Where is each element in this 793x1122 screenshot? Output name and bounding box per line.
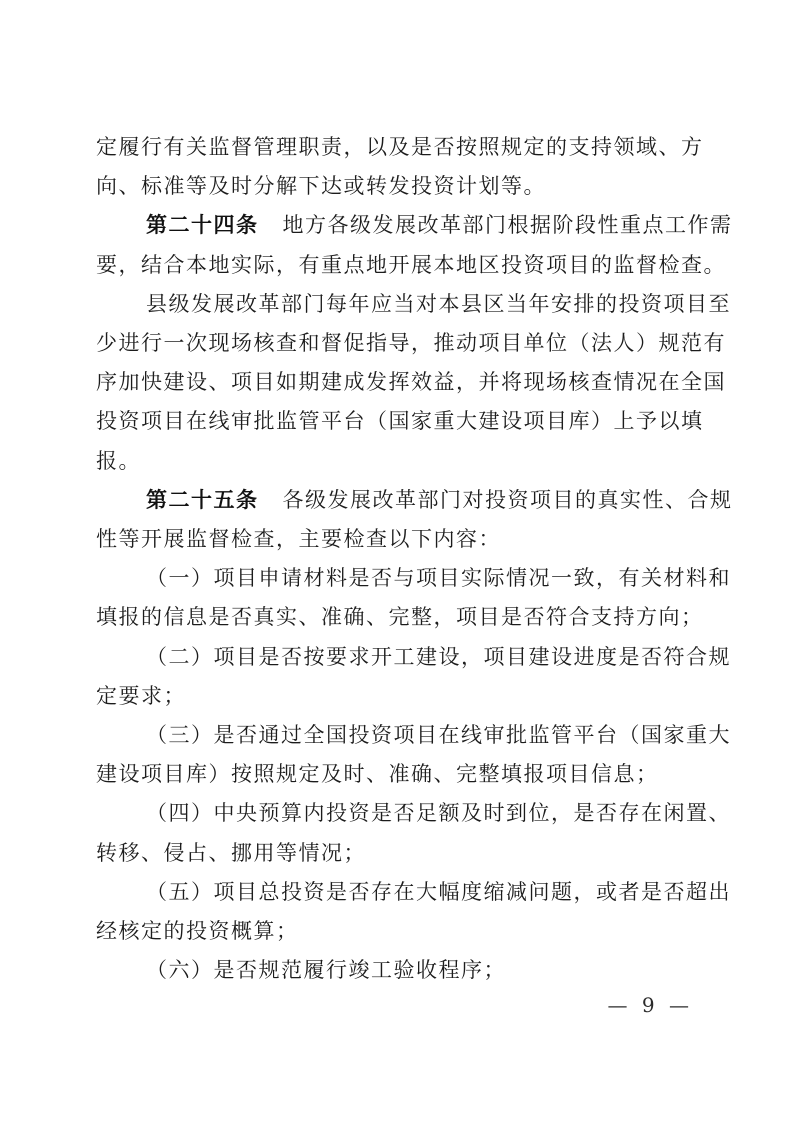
line-text: （一）项目申请材料是否与项目实际情况一致，有关材料和 — [146, 566, 731, 590]
article-number: 第二十五条 — [146, 488, 259, 512]
line-text: 投资项目在线审批监管平台（国家重大建设项目库）上予以填 — [96, 409, 704, 433]
text-line: （三）是否通过全国投资项目在线审批监管平台（国家重大 — [96, 716, 696, 755]
text-line: 建设项目库）按照规定及时、准确、完整填报项目信息； — [96, 755, 696, 794]
line-text: 序加快建设、项目如期建成发挥效益，并将现场核查情况在全国 — [96, 370, 726, 394]
text-line: （二）项目是否按要求开工建设，项目建设进度是否符合规 — [96, 638, 696, 677]
line-text: 填报的信息是否真实、准确、完整，项目是否符合支持方向； — [96, 605, 704, 629]
text-line: 填报的信息是否真实、准确、完整，项目是否符合支持方向； — [96, 598, 696, 637]
text-line: 定履行有关监督管理职责，以及是否按照规定的支持领域、方 — [96, 128, 696, 167]
line-text: 性等开展监督检查，主要检查以下内容： — [96, 527, 501, 551]
line-text: （四）中央预算内投资是否足额及时到位，是否存在闲置、 — [146, 801, 731, 825]
line-text: （三）是否通过全国投资项目在线审批监管平台（国家重大 — [146, 723, 731, 747]
line-text: 各级发展改革部门对投资项目的真实性、合规 — [283, 488, 733, 512]
text-line: 第二十五条各级发展改革部门对投资项目的真实性、合规 — [96, 481, 696, 520]
text-line: 县级发展改革部门每年应当对本县区当年安排的投资项目至 — [96, 285, 696, 324]
line-text: （二）项目是否按要求开工建设，项目建设进度是否符合规 — [146, 645, 731, 669]
page-number: — 9 — — [608, 993, 693, 1017]
text-line: 向、标准等及时分解下达或转发投资计划等。 — [96, 167, 696, 206]
text-line: 序加快建设、项目如期建成发挥效益，并将现场核查情况在全国 — [96, 363, 696, 402]
text-line: （四）中央预算内投资是否足额及时到位，是否存在闲置、 — [96, 794, 696, 833]
text-line: 定要求； — [96, 677, 696, 716]
line-text: 建设项目库）按照规定及时、准确、完整填报项目信息； — [96, 762, 659, 786]
line-text: （五）项目总投资是否存在大幅度缩减问题，或者是否超出 — [146, 880, 731, 904]
line-text: （六）是否规范履行竣工验收程序； — [146, 958, 506, 982]
document-body: 定履行有关监督管理职责，以及是否按照规定的支持领域、方向、标准等及时分解下达或转… — [96, 128, 696, 990]
line-text: 向、标准等及时分解下达或转发投资计划等。 — [96, 174, 546, 198]
text-line: 第二十四条地方各级发展改革部门根据阶段性重点工作需 — [96, 206, 696, 245]
text-line: 性等开展监督检查，主要检查以下内容： — [96, 520, 696, 559]
text-line: （六）是否规范履行竣工验收程序； — [96, 951, 696, 990]
article-number: 第二十四条 — [146, 213, 259, 237]
text-line: 要，结合本地实际，有重点地开展本地区投资项目的监督检查。 — [96, 246, 696, 285]
line-text: 定要求； — [96, 684, 186, 708]
text-line: 少进行一次现场核查和督促指导，推动项目单位（法人）规范有 — [96, 324, 696, 363]
line-text: 要，结合本地实际，有重点地开展本地区投资项目的监督检查。 — [96, 253, 726, 277]
text-line: （一）项目申请材料是否与项目实际情况一致，有关材料和 — [96, 559, 696, 598]
line-text: 经核定的投资概算； — [96, 919, 299, 943]
text-line: 经核定的投资概算； — [96, 912, 696, 951]
text-line: 投资项目在线审批监管平台（国家重大建设项目库）上予以填 — [96, 402, 696, 441]
text-line: 报。 — [96, 442, 696, 481]
line-text: 少进行一次现场核查和督促指导，推动项目单位（法人）规范有 — [96, 331, 726, 355]
line-text: 县级发展改革部门每年应当对本县区当年安排的投资项目至 — [146, 292, 731, 316]
document-page: 定履行有关监督管理职责，以及是否按照规定的支持领域、方向、标准等及时分解下达或转… — [0, 0, 793, 1122]
line-text: 地方各级发展改革部门根据阶段性重点工作需 — [283, 213, 733, 237]
text-line: 转移、侵占、挪用等情况； — [96, 834, 696, 873]
line-text: 转移、侵占、挪用等情况； — [96, 841, 366, 865]
text-line: （五）项目总投资是否存在大幅度缩减问题，或者是否超出 — [96, 873, 696, 912]
line-text: 定履行有关监督管理职责，以及是否按照规定的支持领域、方 — [96, 135, 704, 159]
line-text: 报。 — [96, 449, 141, 473]
